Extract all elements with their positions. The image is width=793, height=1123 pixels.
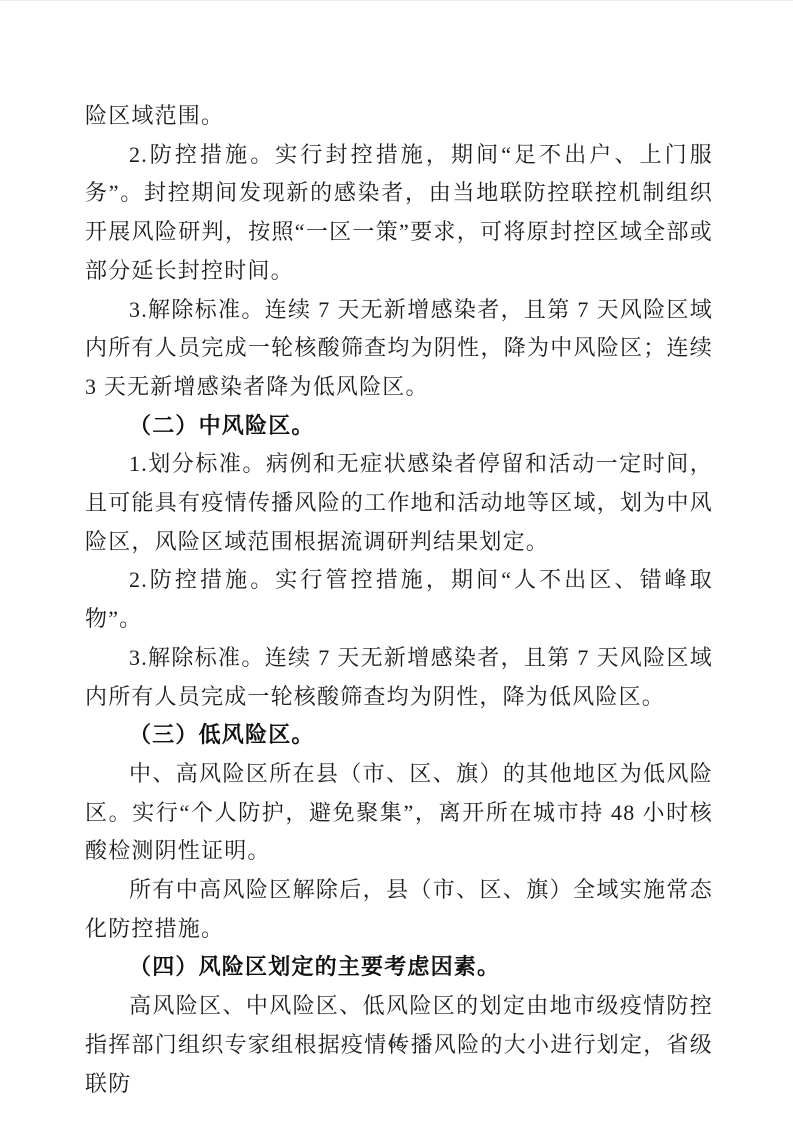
body-paragraph: 所有中高风险区解除后，县（市、区、旗）全域实施常态化防控措施。 xyxy=(85,871,713,948)
document-page: 险区域范围。2.防控措施。实行封控措施，期间“足不出户、上门服务”。封控期间发现… xyxy=(0,0,793,1123)
document-body: 险区域范围。2.防控措施。实行封控措施，期间“足不出户、上门服务”。封控期间发现… xyxy=(85,97,713,1103)
section-heading: （二）中风险区。 xyxy=(85,407,713,446)
body-paragraph: 中、高风险区所在县（市、区、旗）的其他地区为低风险区。实行“个人防护，避免聚集”… xyxy=(85,755,713,871)
body-paragraph: 1.划分标准。病例和无症状感染者停留和活动一定时间，且可能具有疫情传播风险的工作… xyxy=(85,445,713,561)
section-heading: （三）低风险区。 xyxy=(85,716,713,755)
body-paragraph: 3.解除标准。连续 7 天无新增感染者，且第 7 天风险区域内所有人员完成一轮核… xyxy=(85,639,713,716)
page-number: 65 xyxy=(0,1034,793,1054)
body-paragraph: 2.防控措施。实行管控措施，期间“人不出区、错峰取物”。 xyxy=(85,561,713,638)
section-heading: （四）风险区划定的主要考虑因素。 xyxy=(85,948,713,987)
body-paragraph: 2.防控措施。实行封控措施，期间“足不出户、上门服务”。封控期间发现新的感染者，… xyxy=(85,136,713,291)
body-paragraph: 3.解除标准。连续 7 天无新增感染者，且第 7 天风险区域内所有人员完成一轮核… xyxy=(85,291,713,407)
body-paragraph: 险区域范围。 xyxy=(85,97,713,136)
